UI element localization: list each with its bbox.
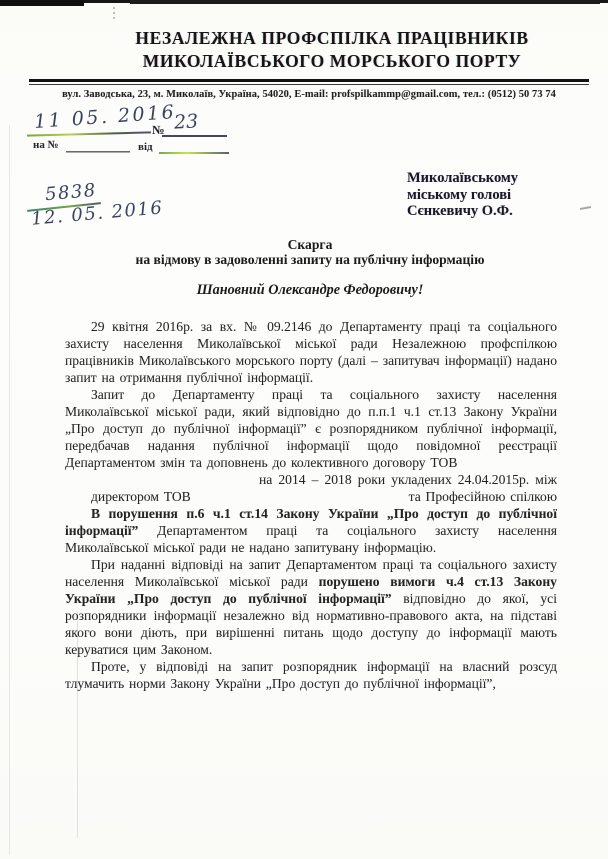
addressee-block: Миколаївському міському голові Сєнкевичу… [407, 170, 518, 220]
form-line-vid [159, 152, 229, 154]
document-title-line1: Скарга [54, 238, 566, 253]
handwritten-outgoing-number: 23 [173, 110, 198, 133]
document-title-line2: на відмову в задоволенні запиту на публі… [54, 253, 566, 268]
document-title: Скарга на відмову в задоволенні запиту н… [54, 238, 566, 267]
scan-edge-artifact-right [130, 0, 600, 4]
handwritten-incoming-number: 5838 [44, 180, 97, 205]
vid-label: від [138, 141, 153, 153]
org-name-line2: МИКОЛАЇВСЬКОГО МОРСЬКОГО ПОРТУ [66, 50, 598, 73]
paragraph-2-continued: на 2014 – 2018 роки укладених 24.04.2015… [65, 471, 557, 488]
paragraph-2-split-line: директором ТОВ та Професійною спілкою [65, 488, 557, 505]
paragraph-2-split-left: директором ТОВ [65, 488, 191, 505]
salutation: Шановний Олександре Федоровичу! [54, 282, 566, 299]
addressee-line1: Миколаївському [407, 170, 518, 187]
addressee-line2: міському голові [407, 187, 518, 204]
paragraph-1: 29 квітня 2016р. за вх. № 09.2146 до Деп… [65, 318, 557, 386]
paragraph-3: В порушення п.6 ч.1 ст.14 Закону України… [65, 505, 557, 556]
addressee-line3: Сєнкевичу О.Ф. [407, 203, 518, 220]
paragraph-2: Запит до Департаменту праці та соціально… [65, 386, 557, 471]
letterhead: НЕЗАЛЕЖНА ПРОФСПІЛКА ПРАЦІВНИКІВ МИКОЛАЇ… [66, 27, 598, 73]
form-line-number [162, 135, 227, 137]
paragraph-5: Проте, у відповіді на запит розпорядник … [65, 658, 557, 692]
paragraph-2-split-right: та Професійною спілкою [383, 488, 557, 505]
scanned-letter-page: НЕЗАЛЕЖНА ПРОФСПІЛКА ПРАЦІВНИКІВ МИКОЛАЇ… [0, 0, 608, 859]
paragraph-4: При наданні відповіді на запит Департаме… [65, 556, 557, 658]
letterhead-rule-thick [29, 79, 589, 82]
scan-edge-artifact-left [0, 0, 84, 6]
pen-stray-mark [580, 206, 591, 210]
na-no-label: на № [33, 139, 59, 151]
letterhead-address: вул. Заводська, 23, м. Миколаїв, Україна… [25, 89, 593, 100]
letter-body: 29 квітня 2016р. за вх. № 09.2146 до Деп… [65, 318, 557, 692]
form-line-na-no [66, 151, 130, 153]
paragraph-3-rest: Департаментом праці та соціального захис… [65, 523, 557, 555]
scan-fold-line [9, 125, 10, 855]
scan-tick-mark [113, 7, 115, 22]
org-name-line1: НЕЗАЛЕЖНА ПРОФСПІЛКА ПРАЦІВНИКІВ [66, 27, 598, 50]
letterhead-rule-thin [29, 84, 589, 85]
